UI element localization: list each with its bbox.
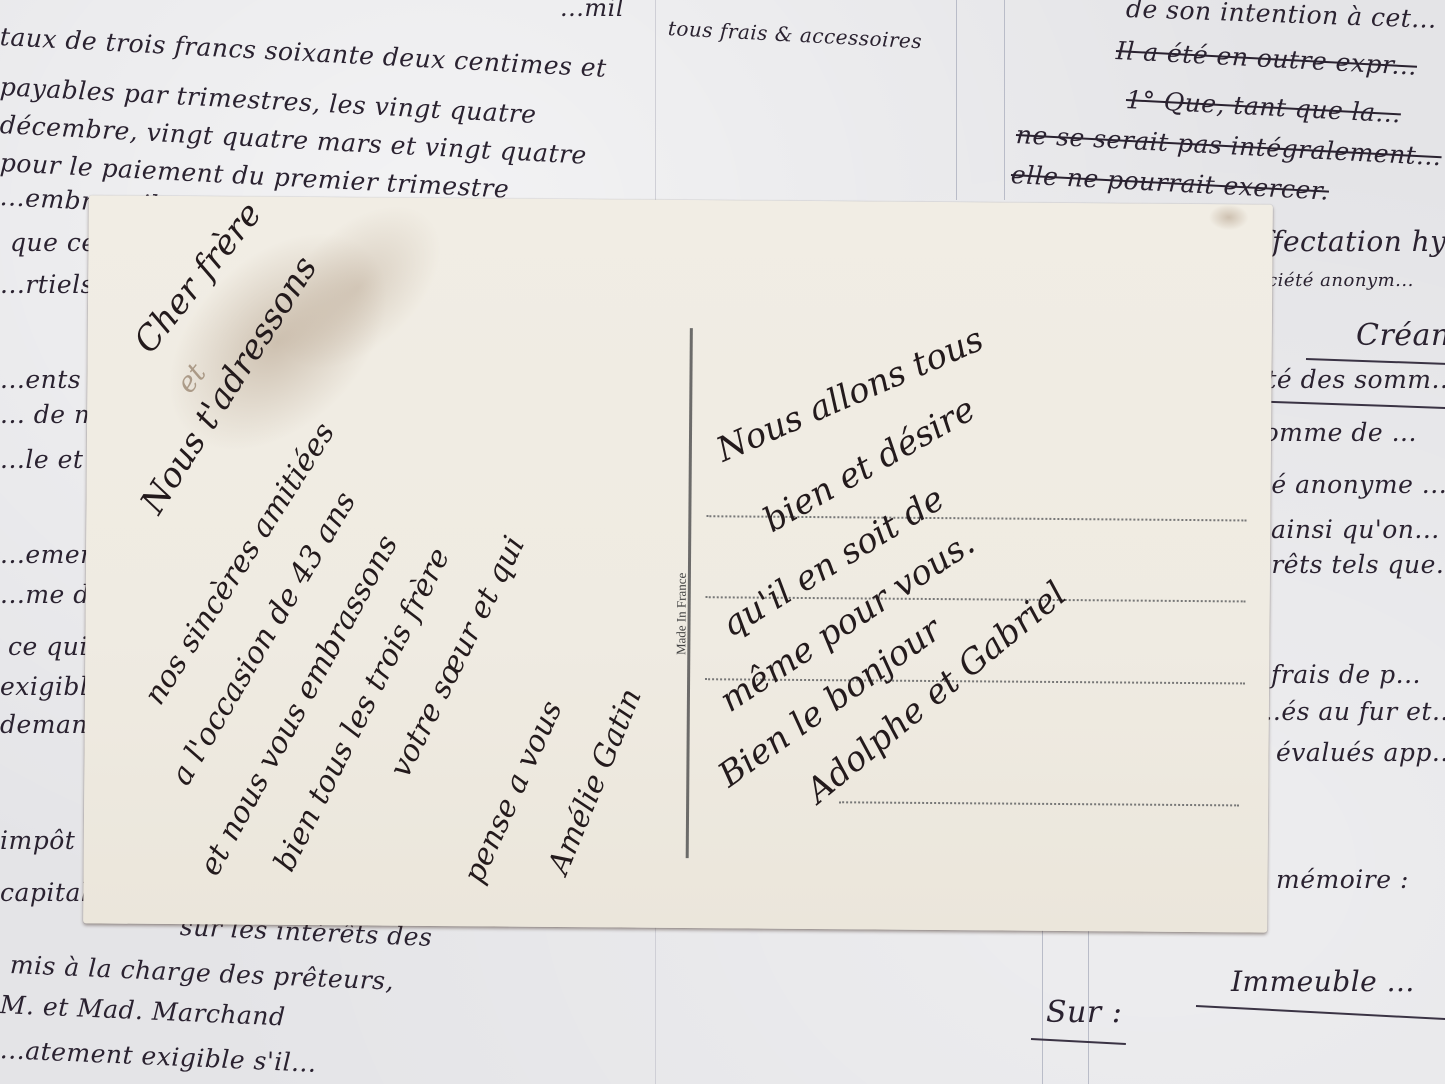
doc-line: ...és au fur et... — [1256, 697, 1445, 726]
doc-heading: Créan... — [1356, 318, 1445, 353]
margin-rule — [1004, 0, 1005, 200]
doc-line: ...rêts tels que... — [1246, 550, 1445, 579]
doc-line: ...é anonyme ... — [1246, 470, 1445, 499]
doc-line: ainsi qu'on... — [1271, 515, 1440, 544]
doc-heading: Immeuble ... — [1231, 965, 1415, 998]
heading-underline — [1196, 1005, 1445, 1020]
corner-stain — [1209, 204, 1249, 230]
section-rule — [1246, 400, 1445, 409]
doc-line: Somme de ... — [1246, 418, 1417, 447]
doc-line: mémoire : — [1276, 865, 1409, 894]
made-in-france-label: Made In France — [673, 573, 690, 655]
doc-line: ...atement exigible s'il... — [0, 1035, 317, 1078]
doc-line: de son intention à cet... — [1125, 0, 1437, 34]
doc-line-struck: elle ne pourrait exercer. — [1010, 160, 1330, 206]
heading-underline — [1031, 1038, 1126, 1045]
doc-line: évalués app... — [1276, 738, 1445, 767]
address-line — [839, 801, 1239, 806]
doc-heading: Sur : — [1046, 995, 1122, 1030]
doc-line-struck: Il a été en outre expr... — [1115, 36, 1418, 81]
doc-line: mis à la charge des prêteurs, — [9, 950, 394, 996]
doc-line: capital — [0, 878, 89, 907]
doc-line: frais de p... — [1271, 660, 1421, 689]
doc-line: taux de trois francs soixante deux centi… — [0, 22, 607, 83]
postcard: Made In France Cher frère et Nous t'adre… — [83, 195, 1273, 932]
doc-line: ce qui — [8, 632, 88, 661]
margin-rule — [956, 0, 957, 200]
heading-underline — [1306, 358, 1445, 365]
doc-line: ...mil — [560, 0, 624, 22]
doc-line: impôt — [0, 826, 75, 855]
margin-rule — [1042, 930, 1043, 1084]
message-line: Nous allons tous — [711, 319, 990, 470]
doc-line: ...té des somm... — [1241, 365, 1445, 394]
doc-line-struck: 1° Que, tant que la... — [1125, 85, 1401, 128]
doc-line: M. et Mad. Marchand — [0, 990, 286, 1031]
doc-line: tous frais & accessoires — [667, 16, 922, 53]
